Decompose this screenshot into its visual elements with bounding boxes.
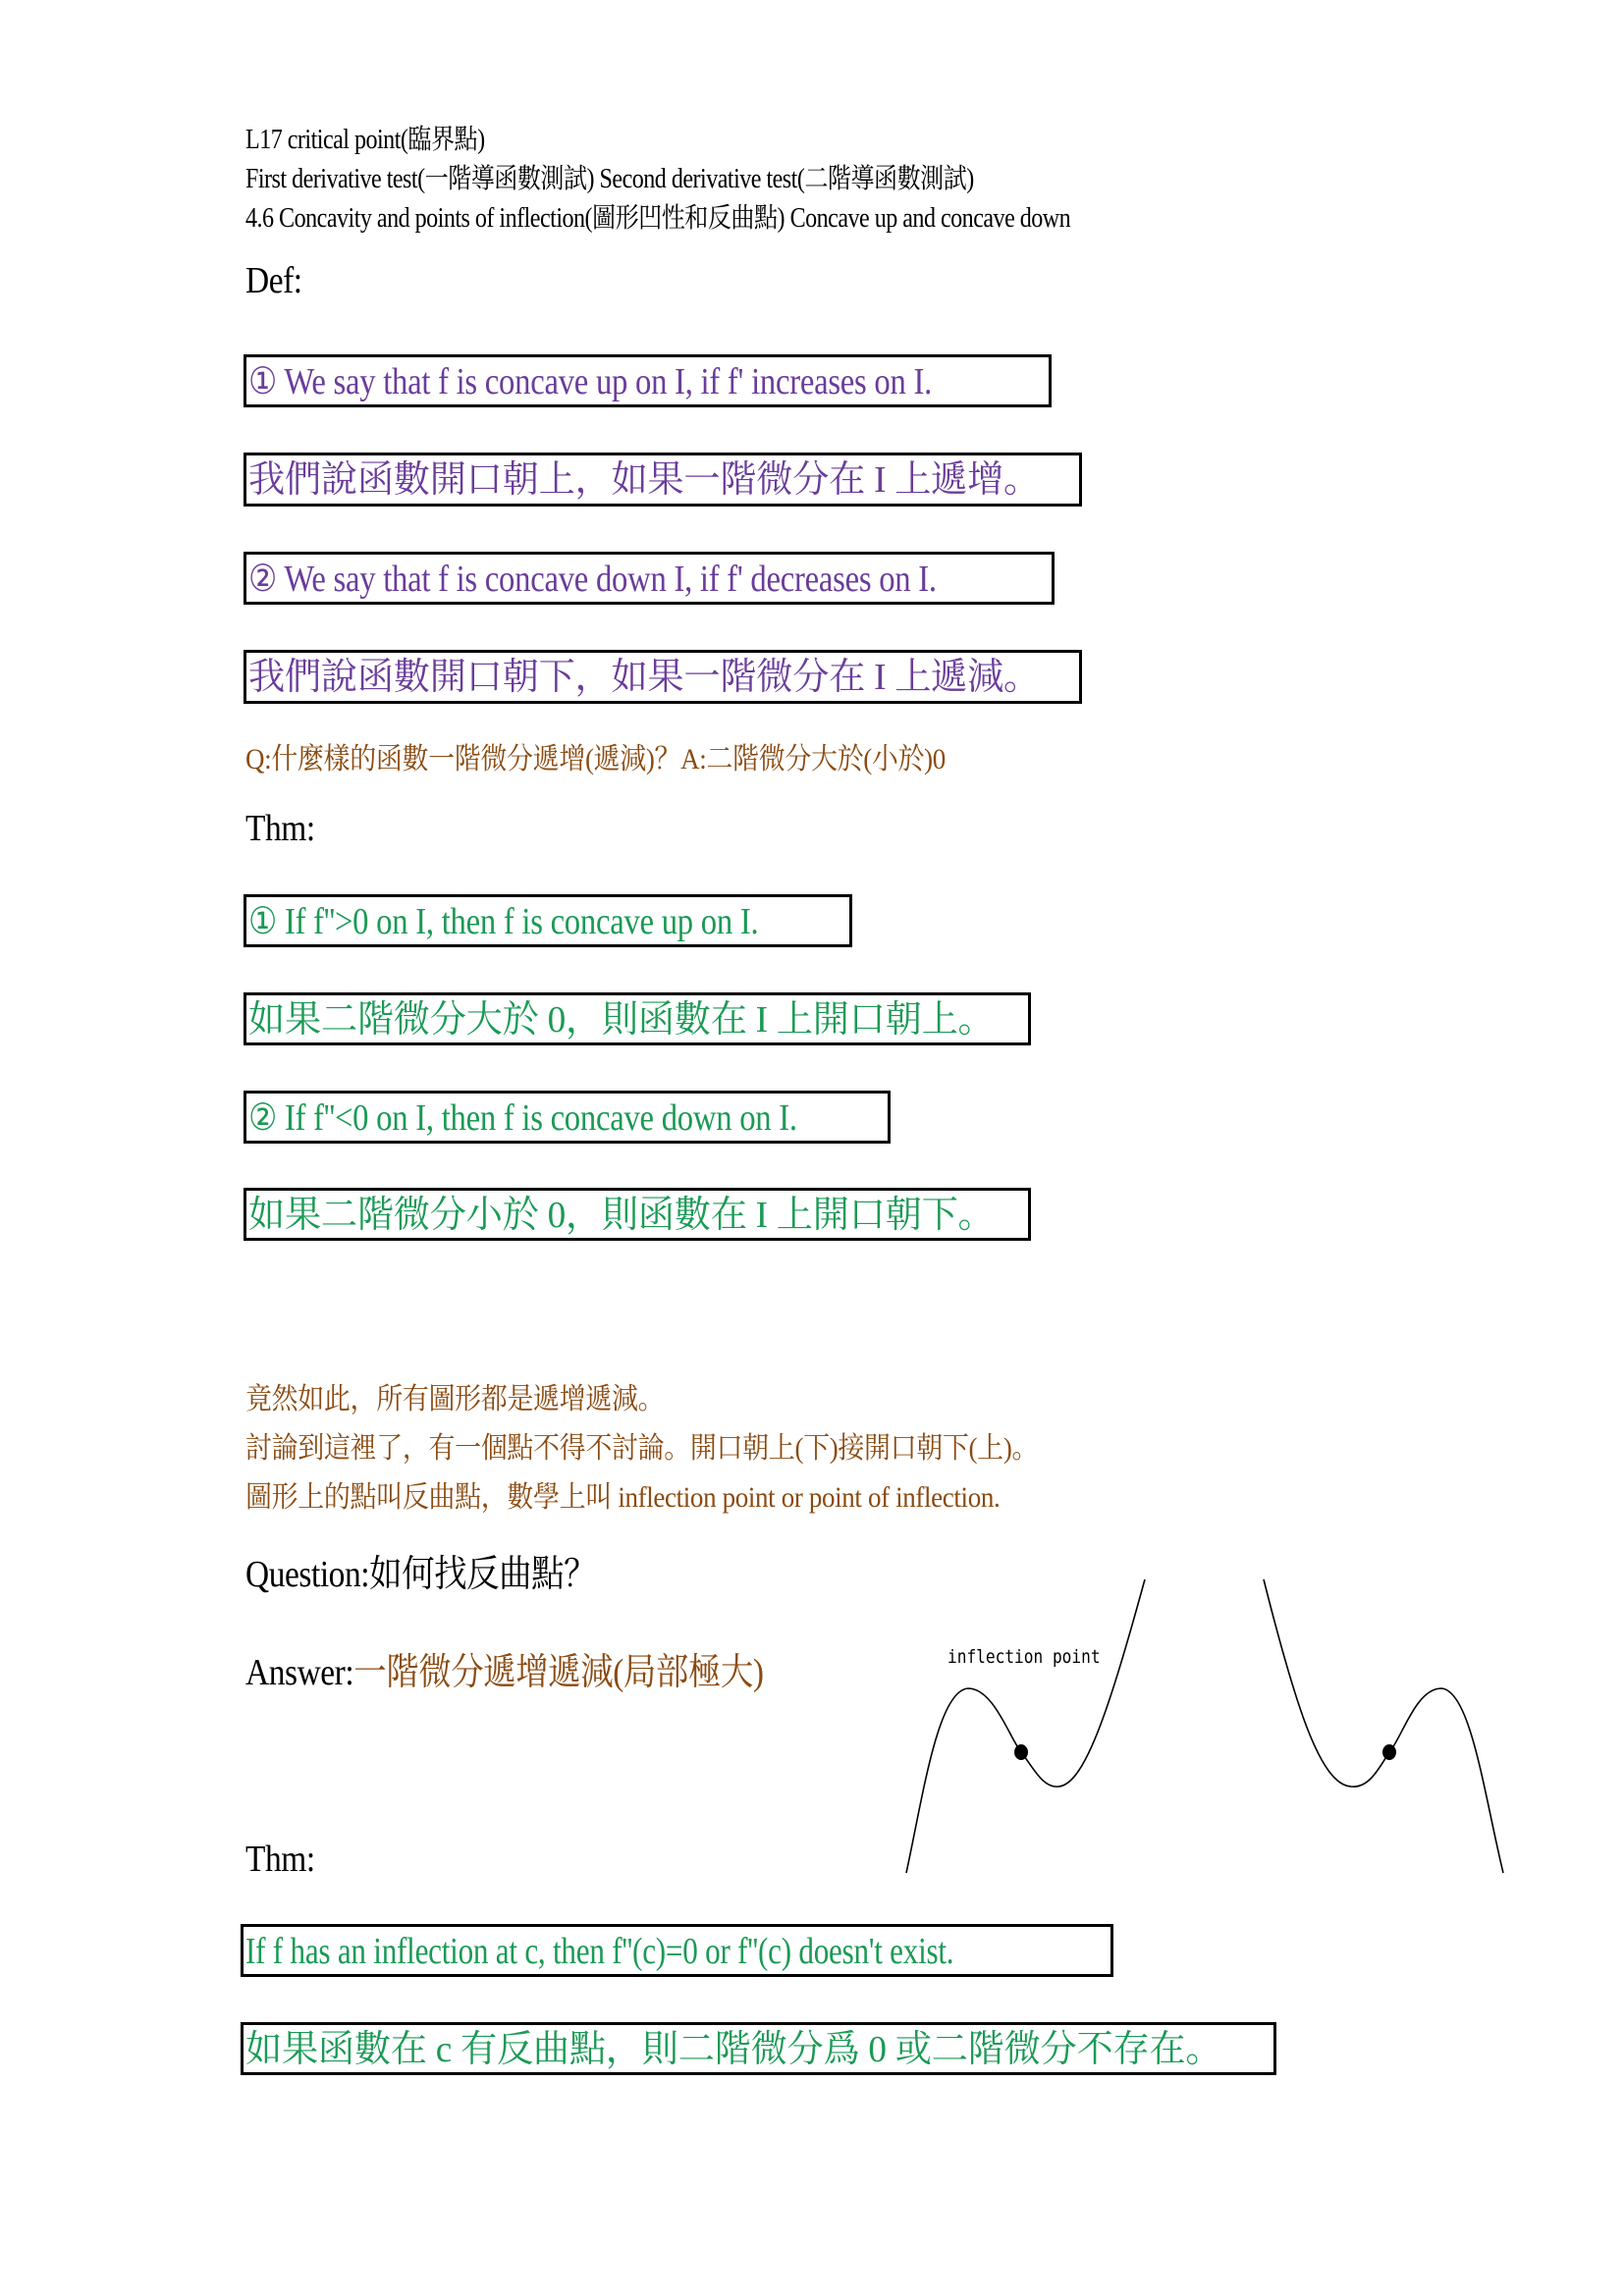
inflection-point-label: inflection point	[947, 1646, 1101, 1668]
theorem-2-label: Thm:	[245, 1838, 315, 1881]
left-curve	[906, 1579, 1145, 1873]
theorem-2-text-2: 如果函數在 c 有反曲點，則二階微分爲 0 或二階微分不存在。	[245, 2027, 1221, 2072]
left-inflection-dot	[1014, 1744, 1028, 1760]
right-curve	[1264, 1579, 1503, 1873]
theorem-2-text-1: If f has an inflection at c, then f''(c)…	[245, 1929, 953, 1974]
theorem-2-box-2: 如果函數在 c 有反曲點，則二階微分爲 0 或二階微分不存在。	[241, 2022, 1276, 2075]
right-inflection-dot	[1382, 1744, 1396, 1760]
theorem-2-box-1: If f has an inflection at c, then f''(c)…	[241, 1924, 1113, 1977]
